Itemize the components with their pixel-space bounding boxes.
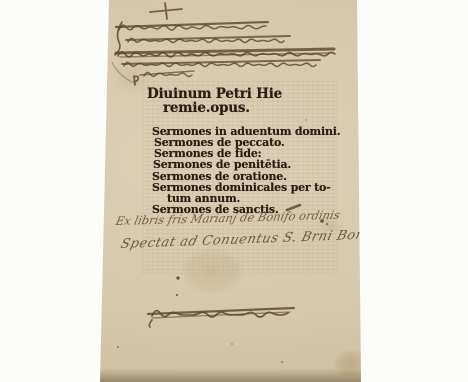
pen-flourish [287, 205, 300, 210]
crossed-out-top-inscription [112, 22, 335, 85]
manuscript-marks-layer [0, 0, 468, 382]
photo-background: Diuinum Petri Hie remie.opus. Sermones i… [0, 0, 468, 382]
cross-mark [150, 3, 182, 19]
crossed-out-bottom-inscription [148, 308, 294, 327]
ink-dots [117, 119, 328, 363]
